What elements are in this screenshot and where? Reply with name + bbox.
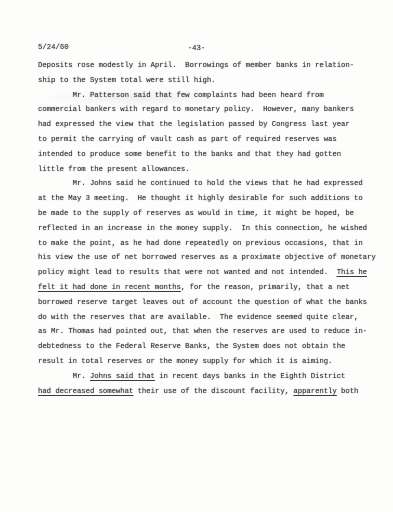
text-segment: commercial bankers with regard to moneta… <box>38 106 354 114</box>
page-line: Mr. Johns said that in recent days banks… <box>38 370 386 385</box>
text-segment: Mr. <box>38 373 90 381</box>
text-segment: borrowed reserve target leaves out of ac… <box>38 299 367 307</box>
text-segment: Deposits rose modestly in April. Borrowi… <box>38 62 354 70</box>
page-line: had decreased somewhat their use of the … <box>38 385 386 400</box>
page-line: result in total reserves or the money su… <box>38 355 386 370</box>
page-line: ship to the System total were still high… <box>38 74 386 89</box>
text-segment: ship to the System total were still high… <box>38 77 215 85</box>
text-segment: Mr. Patterson said that few complaints h… <box>38 92 324 100</box>
page-line: as Mr. Thomas had pointed out, that when… <box>38 325 386 340</box>
page-line: Deposits rose modestly in April. Borrowi… <box>38 59 386 74</box>
text-segment: intended to produce some benefit to the … <box>38 151 341 159</box>
text-segment: both <box>337 388 359 396</box>
text-segment: to permit the carrying of vault cash as … <box>38 136 337 144</box>
page-line: debtedness to the Federal Reserve Banks,… <box>38 340 386 355</box>
page-line: to make the point, as he had done repeat… <box>38 237 386 252</box>
page-line: little from the present allowances. <box>38 163 386 178</box>
underlined-text-segment: had decreased somewhat <box>38 388 133 396</box>
text-segment: policy might lead to results that were n… <box>38 269 337 277</box>
underlined-text-segment: apparently <box>293 388 336 396</box>
page-line: intended to produce some benefit to the … <box>38 148 386 163</box>
text-segment: his view the use of net borrowed reserve… <box>38 254 376 262</box>
text-segment: debtedness to the Federal Reserve Banks,… <box>38 343 345 351</box>
page-number: -43- <box>188 45 206 53</box>
text-segment: do with the reserves that are available.… <box>38 314 358 322</box>
page-line: to permit the carrying of vault cash as … <box>38 133 386 148</box>
document-body: Deposits rose modestly in April. Borrowi… <box>38 59 386 399</box>
text-segment: had expressed the view that the legislat… <box>38 121 350 129</box>
text-segment: as Mr. Thomas had pointed out, that when… <box>38 328 367 336</box>
text-segment: little from the present allowances. <box>38 166 190 174</box>
page-line: borrowed reserve target leaves out of ac… <box>38 296 386 311</box>
page-line: felt it had done in recent months, for t… <box>38 281 386 296</box>
underlined-text-segment: Johns said that <box>90 373 155 381</box>
page-line: policy might lead to results that were n… <box>38 266 386 281</box>
page-line: be made to the supply of reserves as wou… <box>38 207 386 222</box>
text-segment: at the May 3 meeting. He thought it high… <box>38 195 363 203</box>
page-line: at the May 3 meeting. He thought it high… <box>38 192 386 207</box>
underlined-text-segment: felt it had done in recent months <box>38 284 181 292</box>
text-segment: to make the point, as he had done repeat… <box>38 240 363 248</box>
page-line: had expressed the view that the legislat… <box>38 118 386 133</box>
text-segment: Mr. Johns said he continued to hold the … <box>38 180 363 188</box>
date-label: 5/24/60 <box>38 44 69 52</box>
page-line: reflected in an increase in the money su… <box>38 222 386 237</box>
text-segment: be made to the supply of reserves as wou… <box>38 210 354 218</box>
text-segment: , for the reason, primarily, that a net <box>181 284 350 292</box>
text-segment: reflected in an increase in the money su… <box>38 225 367 233</box>
page-line: do with the reserves that are available.… <box>38 311 386 326</box>
page-header: 5/24/60 -43- <box>0 44 393 56</box>
page-line: commercial bankers with regard to moneta… <box>38 103 386 118</box>
text-segment: result in total reserves or the money su… <box>38 358 332 366</box>
underlined-text-segment: This he <box>337 269 367 277</box>
text-segment: in recent days banks in the Eighth Distr… <box>155 373 345 381</box>
document-page: 5/24/60 -43- Deposits rose modestly in A… <box>0 0 393 512</box>
page-line: Mr. Johns said he continued to hold the … <box>38 177 386 192</box>
text-segment: their use of the discount facility, <box>133 388 293 396</box>
page-line: Mr. Patterson said that few complaints h… <box>38 89 386 104</box>
page-line: his view the use of net borrowed reserve… <box>38 251 386 266</box>
